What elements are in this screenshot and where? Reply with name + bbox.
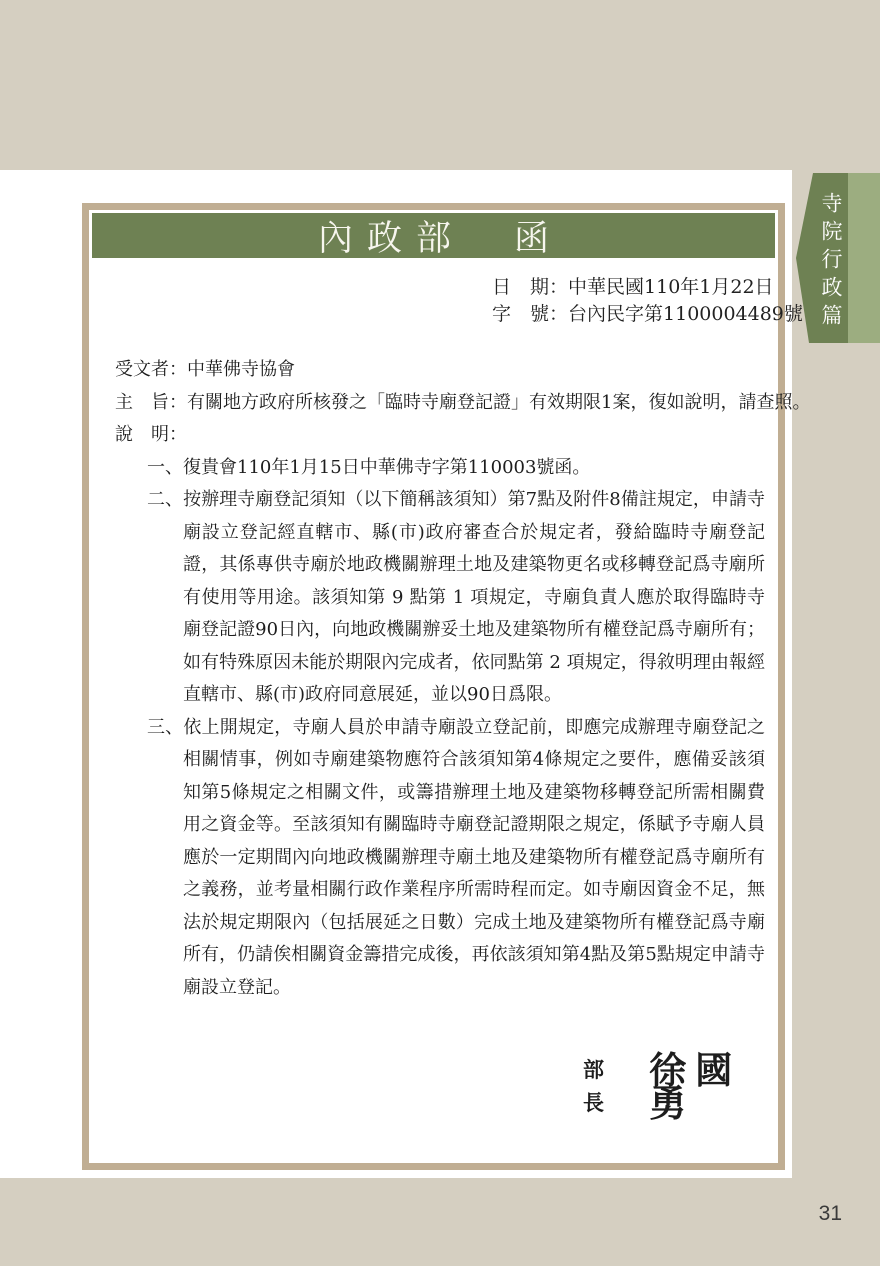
minister-title: 部長 [583, 1054, 633, 1119]
item-number: 二、 [147, 489, 183, 510]
explanation-item-3: 三、依上開規定，寺廟人員於申請寺廟設立登記前，即應完成辦理寺廟登記之相關情事，例… [147, 712, 765, 1005]
item-text: 依上開規定，寺廟人員於申請寺廟設立登記前，即應完成辦理寺廟登記之相關情事，例如寺… [183, 717, 765, 998]
book-page: { "page": { "background_color": "#d5cfc1… [0, 0, 880, 1266]
recipient-label: 受文者： [115, 354, 187, 387]
ref-number-line: 字 號：台內民字第1100004489號 [492, 301, 775, 328]
date-value: 中華民國110年1月22日 [568, 274, 774, 301]
letter-meta: 日 期：中華民國110年1月22日 字 號：台內民字第1100004489號 [492, 274, 775, 328]
ref-number-label: 字 號： [492, 301, 568, 328]
ref-number-value: 台內民字第1100004489號 [568, 301, 803, 328]
page-number: 31 [819, 1202, 842, 1226]
recipient-line: 受文者：中華佛寺協會 [115, 354, 765, 387]
section-tab-label: 寺院行政篇 [816, 192, 846, 332]
letter-header: 內政部 函 [92, 213, 775, 258]
official-letter: 內政部 函 日 期：中華民國110年1月22日 字 號：台內民字第1100004… [82, 203, 785, 1170]
subject-label: 主 旨： [115, 387, 187, 420]
letter-body: 受文者：中華佛寺協會 主 旨：有關地方政府所核發之「臨時寺廟登記證」有效期限1案… [92, 354, 775, 1119]
letter-title: 內政部 函 [304, 211, 563, 261]
item-number: 三、 [147, 717, 183, 738]
date-label: 日 期： [492, 274, 568, 301]
explanation-heading: 說 明： [115, 419, 765, 452]
signature-block: 部長 徐國勇 [583, 1054, 765, 1119]
explanation-label: 說 明： [115, 419, 187, 452]
subject-line: 主 旨：有關地方政府所核發之「臨時寺廟登記證」有效期限1案，復如說明，請查照。 [115, 387, 765, 420]
item-number: 一、 [147, 457, 183, 478]
item-text: 復貴會110年1月15日中華佛寺字第110003號函。 [183, 457, 590, 478]
item-text: 按辦理寺廟登記須知（以下簡稱該須知）第7點及附件8備註規定，申請寺廟設立登記經直… [183, 489, 765, 705]
explanation-item-2: 二、按辦理寺廟登記須知（以下簡稱該須知）第7點及附件8備註規定，申請寺廟設立登記… [147, 484, 765, 712]
explanation-item-1: 一、復貴會110年1月15日中華佛寺字第110003號函。 [147, 452, 765, 485]
minister-name-signature: 徐國勇 [649, 1054, 765, 1119]
subject-value: 有關地方政府所核發之「臨時寺廟登記證」有效期限1案，復如說明，請查照。 [187, 387, 810, 420]
recipient-value: 中華佛寺協會 [187, 354, 295, 387]
date-line: 日 期：中華民國110年1月22日 [492, 274, 775, 301]
